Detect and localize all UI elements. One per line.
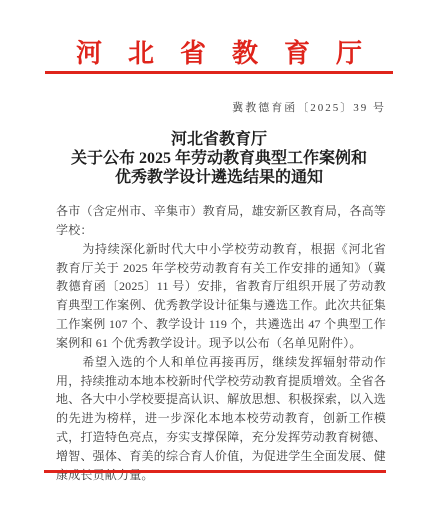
notice-title-line2: 关于公布 2025 年劳动教育典型工作案例和 (0, 149, 438, 168)
letterhead-divider-line (45, 71, 393, 74)
letterhead-title: 河北省教育厅 (0, 33, 438, 70)
paragraph-expectations: 希望入选的个人和单位再接再厉，继续发挥辐射带动作用，持续推动本地本校新时代学校劳… (56, 353, 386, 485)
notice-title-line1: 河北省教育厅 (0, 130, 438, 149)
paragraph-selection-results: 为持续深化新时代大中小学校劳动教育，根据《河北省教育厅关于 2025 年学校劳动… (56, 240, 386, 353)
notice-body: 各市（含定州市、辛集市）教育局，雄安新区教育局，各高等学校： 为持续深化新时代大… (56, 202, 386, 485)
salutation-line: 各市（含定州市、辛集市）教育局，雄安新区教育局，各高等学校： (56, 202, 386, 240)
footer-divider-line (44, 470, 386, 473)
notice-title-line3: 优秀教学设计遴选结果的通知 (0, 168, 438, 187)
notice-title: 河北省教育厅 关于公布 2025 年劳动教育典型工作案例和 优秀教学设计遴选结果… (0, 130, 438, 187)
document-page: 河北省教育厅 冀教德育函〔2025〕39 号 河北省教育厅 关于公布 2025 … (0, 0, 438, 532)
document-reference-number: 冀教德育函〔2025〕39 号 (232, 99, 386, 115)
